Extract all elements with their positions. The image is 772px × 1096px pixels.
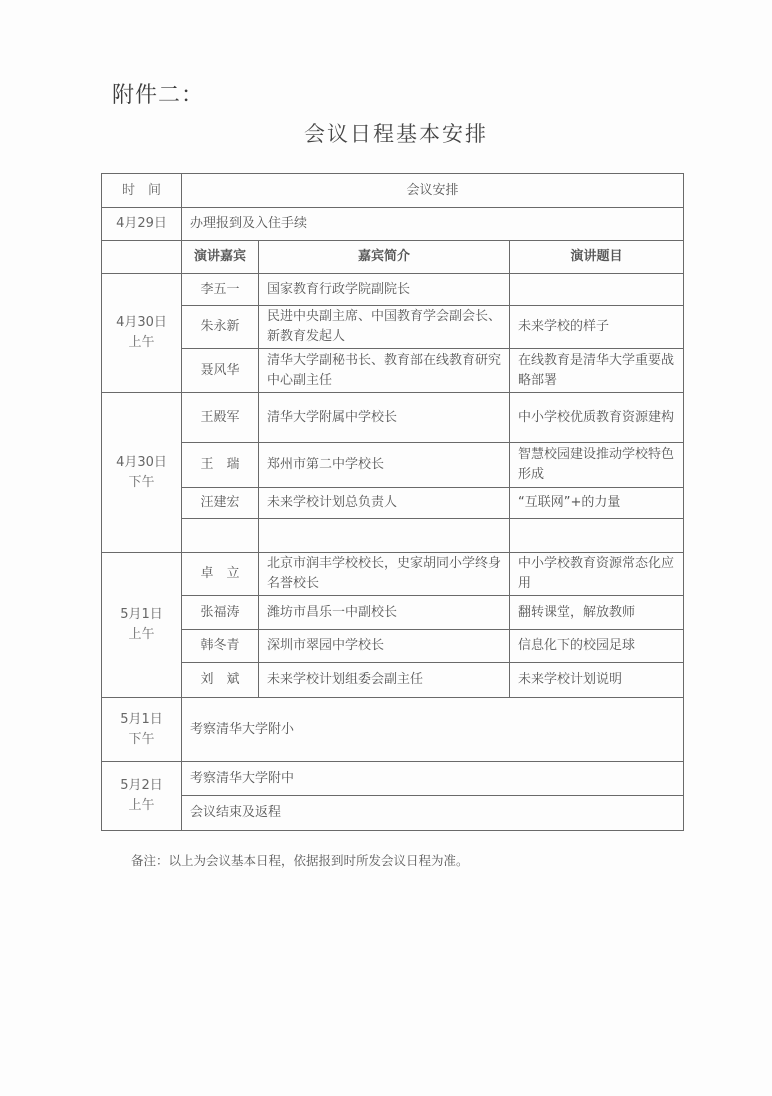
speaker-name: 张福涛 bbox=[182, 596, 259, 630]
speaker-intro: 民进中央副主席、中国教育学会副会长、新教育发起人 bbox=[259, 306, 510, 349]
speaker-name: 王殿军 bbox=[182, 393, 259, 443]
visit-period: 下午 bbox=[110, 730, 173, 750]
table-header-row: 时 间 会议安排 bbox=[102, 174, 684, 208]
speaker-intro: 未来学校计划组委会副主任 bbox=[259, 663, 510, 698]
session-date: 4月30日 bbox=[110, 453, 173, 473]
checkin-text: 办理报到及入住手续 bbox=[182, 208, 684, 241]
speaker-intro: 清华大学附属中学校长 bbox=[259, 393, 510, 443]
table-row: 刘 斌 未来学校计划组委会副主任 未来学校计划说明 bbox=[102, 663, 684, 698]
speech-topic: 翻转课堂，解放教师 bbox=[510, 596, 684, 630]
visit-date: 5月2日 bbox=[110, 776, 173, 796]
speech-topic: 中小学校优质教育资源建构 bbox=[510, 393, 684, 443]
speech-topic: 信息化下的校园足球 bbox=[510, 630, 684, 663]
visit-period: 上午 bbox=[110, 796, 173, 816]
session-period: 上午 bbox=[110, 625, 173, 645]
speech-topic: 中小学校教育资源常态化应用 bbox=[510, 553, 684, 596]
session-time-cell: 4月30日 下午 bbox=[102, 393, 182, 553]
table-row-empty bbox=[102, 519, 684, 553]
speaker-name: 卓 立 bbox=[182, 553, 259, 596]
speaker-name: 汪建宏 bbox=[182, 488, 259, 519]
speaker-intro bbox=[259, 519, 510, 553]
attachment-label: 附件二： bbox=[112, 78, 204, 109]
table-row: 张福涛 潍坊市昌乐一中副校长 翻转课堂，解放教师 bbox=[102, 596, 684, 630]
table-row: 5月1日 上午 卓 立 北京市润丰学校校长，史家胡同小学终身名誉校长 中小学校教… bbox=[102, 553, 684, 596]
table-row: 聂风华 清华大学副秘书长、教育部在线教育研究中心副主任 在线教育是清华大学重要战… bbox=[102, 349, 684, 393]
speech-topic: 智慧校园建设推动学校特色形成 bbox=[510, 443, 684, 488]
speaker-name: 王 瑞 bbox=[182, 443, 259, 488]
subheader-topic: 演讲题目 bbox=[510, 241, 684, 274]
table-row: 汪建宏 未来学校计划总负责人 “互联网”+的力量 bbox=[102, 488, 684, 519]
subheader-row: 演讲嘉宾 嘉宾简介 演讲题目 bbox=[102, 241, 684, 274]
session-time-cell: 4月30日 上午 bbox=[102, 274, 182, 393]
visit-item: 考察清华大学附中 bbox=[182, 762, 684, 796]
visit-row: 会议结束及返程 bbox=[102, 796, 684, 831]
speech-topic: 未来学校的样子 bbox=[510, 306, 684, 349]
speech-topic bbox=[510, 274, 684, 306]
subheader-intro: 嘉宾简介 bbox=[259, 241, 510, 274]
visit-time-cell: 5月2日 上午 bbox=[102, 762, 182, 831]
header-time: 时 间 bbox=[102, 174, 182, 208]
subheader-speaker: 演讲嘉宾 bbox=[182, 241, 259, 274]
footnote: 备注：以上为会议基本日程，依据报到时所发会议日程为准。 bbox=[131, 851, 469, 869]
speech-topic bbox=[510, 519, 684, 553]
speaker-intro: 郑州市第二中学校长 bbox=[259, 443, 510, 488]
visit-item: 会议结束及返程 bbox=[182, 796, 684, 831]
visit-date: 5月1日 bbox=[110, 710, 173, 730]
table-row: 4月30日 上午 李五一 国家教育行政学院副院长 bbox=[102, 274, 684, 306]
speaker-name: 朱永新 bbox=[182, 306, 259, 349]
speaker-name bbox=[182, 519, 259, 553]
schedule-table: 时 间 会议安排 4月29日 办理报到及入住手续 演讲嘉宾 嘉宾简介 演讲题目 … bbox=[101, 173, 684, 831]
speaker-name: 韩冬青 bbox=[182, 630, 259, 663]
session-period: 下午 bbox=[110, 473, 173, 493]
session-date: 4月30日 bbox=[110, 313, 173, 333]
speaker-name: 刘 斌 bbox=[182, 663, 259, 698]
table-row: 4月30日 下午 王殿军 清华大学附属中学校长 中小学校优质教育资源建构 bbox=[102, 393, 684, 443]
speaker-intro: 未来学校计划总负责人 bbox=[259, 488, 510, 519]
speaker-intro: 潍坊市昌乐一中副校长 bbox=[259, 596, 510, 630]
session-date: 5月1日 bbox=[110, 605, 173, 625]
speech-topic: “互联网”+的力量 bbox=[510, 488, 684, 519]
speaker-intro: 清华大学副秘书长、教育部在线教育研究中心副主任 bbox=[259, 349, 510, 393]
speaker-intro: 北京市润丰学校校长，史家胡同小学终身名誉校长 bbox=[259, 553, 510, 596]
speaker-name: 李五一 bbox=[182, 274, 259, 306]
speaker-name: 聂风华 bbox=[182, 349, 259, 393]
speech-topic: 在线教育是清华大学重要战略部署 bbox=[510, 349, 684, 393]
table-row: 韩冬青 深圳市翠园中学校长 信息化下的校园足球 bbox=[102, 630, 684, 663]
session-time-cell: 5月1日 上午 bbox=[102, 553, 182, 698]
speech-topic: 未来学校计划说明 bbox=[510, 663, 684, 698]
visit-row: 5月1日 下午 考察清华大学附小 bbox=[102, 698, 684, 762]
speaker-intro: 深圳市翠园中学校长 bbox=[259, 630, 510, 663]
visit-item: 考察清华大学附小 bbox=[182, 698, 684, 762]
speaker-intro: 国家教育行政学院副院长 bbox=[259, 274, 510, 306]
table-row: 朱永新 民进中央副主席、中国教育学会副会长、新教育发起人 未来学校的样子 bbox=[102, 306, 684, 349]
document-title: 会议日程基本安排 bbox=[0, 118, 772, 148]
table-row: 王 瑞 郑州市第二中学校长 智慧校园建设推动学校特色形成 bbox=[102, 443, 684, 488]
header-arrangement: 会议安排 bbox=[182, 174, 684, 208]
checkin-date: 4月29日 bbox=[102, 208, 182, 241]
visit-row: 5月2日 上午 考察清华大学附中 bbox=[102, 762, 684, 796]
checkin-row: 4月29日 办理报到及入住手续 bbox=[102, 208, 684, 241]
session-period: 上午 bbox=[110, 333, 173, 353]
visit-time-cell: 5月1日 下午 bbox=[102, 698, 182, 762]
subheader-empty bbox=[102, 241, 182, 274]
